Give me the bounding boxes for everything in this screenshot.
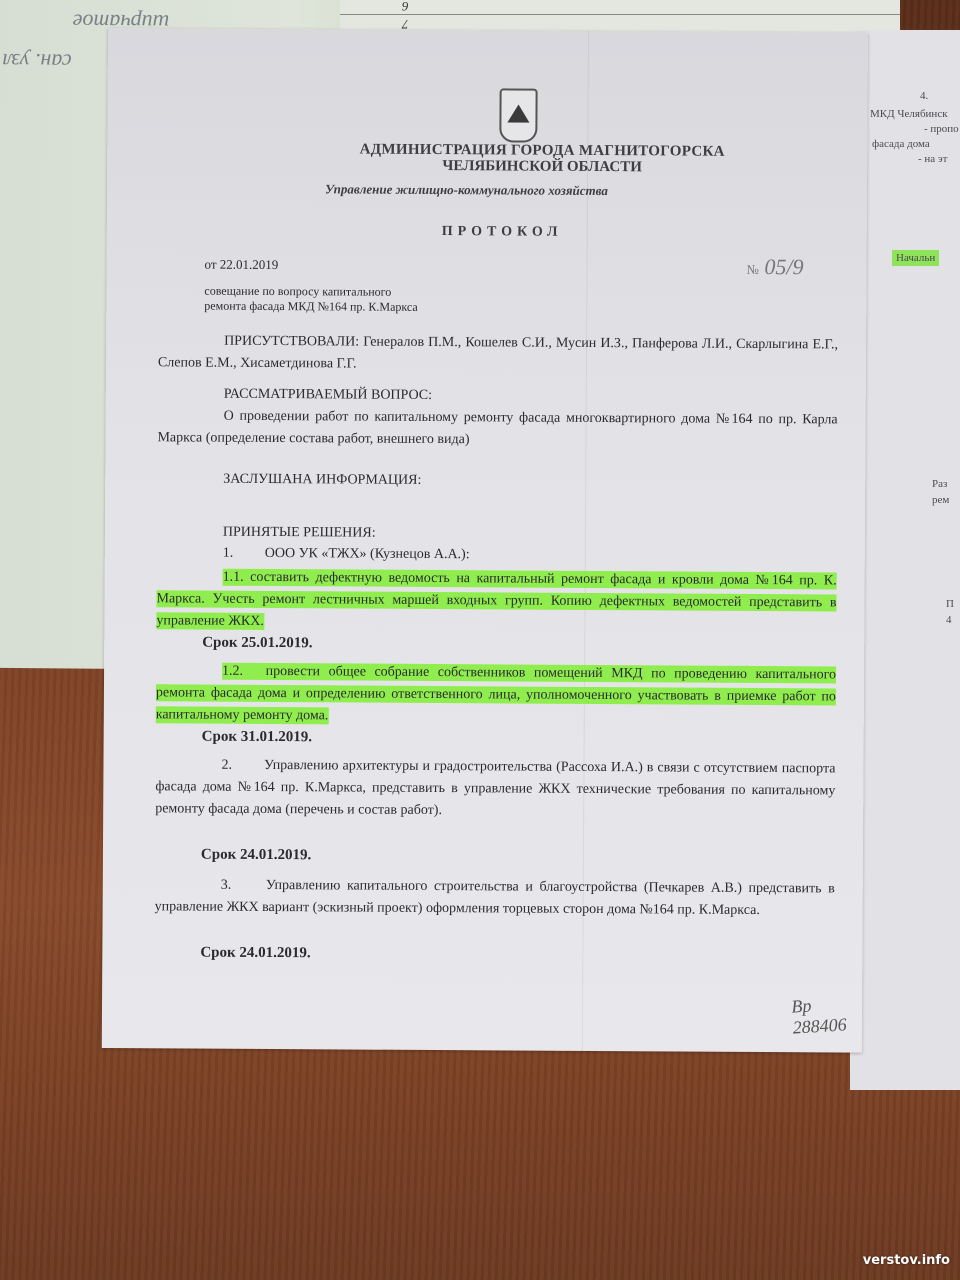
decision-number: 1. [223,546,234,561]
fragment-text: Раз [932,478,947,490]
highlighted-text: 1.1. составить дефектную ведомость на ка… [156,569,836,630]
heard-heading: ЗАСЛУШАНА ИНФОРМАЦИЯ: [157,468,837,494]
triangle-mountain-icon [507,104,529,122]
decision-3: 3. Управлению капитального строительства… [155,874,835,922]
fragment-text: МКД Челябинск [870,108,948,120]
deadline: Срок 24.01.2019. [201,847,311,865]
fragment-text: 4 [946,614,952,626]
decision-1-1: 1.1. составить дефектную ведомость на ка… [156,566,836,636]
meeting-line: ремонта фасада МКД №164 пр. К.Маркса [204,299,504,316]
fragment-text: - пропо [924,123,959,135]
highlighted-text: 1.2. провести общее собрание собственник… [156,663,836,725]
highlighted-fragment: Начальн [892,250,939,266]
deadline: Срок 25.01.2019. [202,635,312,653]
decision-2: 2. Управлению архитектуры и градостроите… [155,754,835,824]
decision-text: ООО УК «ТЖХ» (Кузнецов А.А.): [265,546,470,562]
decision-number: 2. [221,758,232,773]
document-date: от 22.01.2019 [205,257,279,273]
department-name: Управление жилищно-коммунального хозяйст… [325,181,608,199]
decision-text: Управлению архитектуры и градостроительс… [155,758,835,818]
table-line [340,14,900,15]
issue-text: О проведении работ по капитальному ремон… [157,405,837,453]
meeting-subject: совещание по вопросу капитального ремонт… [204,284,504,316]
table-cell: 6 [402,0,409,14]
subitem-text: провести общее собрание собственников по… [156,664,836,723]
fragment-text: - на эт [918,153,947,165]
protocol-document: АДМИНИСТРАЦИЯ ГОРОДА МАГНИТОГОРСКА ЧЕЛЯБ… [102,28,868,1053]
number-label: № [746,262,758,277]
attendees: ПРИСУТСТВОВАЛИ: Генералов П.М., Кошелев … [158,330,838,378]
decision-text: Управлению капитального строительства и … [155,878,835,918]
document-number: № 05/9 [746,254,803,280]
subitem-number: 1.2. [222,664,243,679]
fragment-text: рем [932,494,949,506]
subitem-number: 1.1. [223,570,244,585]
fragment-text: П [946,598,954,610]
deadline: Срок 24.01.2019. [200,945,310,963]
document-title: ПРОТОКОЛ [442,224,563,241]
coat-of-arms-icon [499,88,537,142]
watermark: verstov.info [863,1253,950,1268]
decision-1-2: 1.2. провести общее собрание собственник… [156,660,836,730]
decision-number: 3. [221,878,232,893]
fragment-text: 4. [920,90,928,102]
scribble-text: сан. узл [2,48,71,75]
subitem-text: составить дефектную ведомость на капитал… [156,570,836,629]
number-value: 05/9 [764,254,803,279]
decision-1: 1. ООО УК «ТЖХ» (Кузнецов А.А.): [157,542,837,568]
deadline: Срок 31.01.2019. [202,729,312,747]
organization-region: ЧЕЛЯБИНСКОЙ ОБЛАСТИ [162,156,922,178]
handwritten-note: Вр 288406 [791,992,864,1038]
